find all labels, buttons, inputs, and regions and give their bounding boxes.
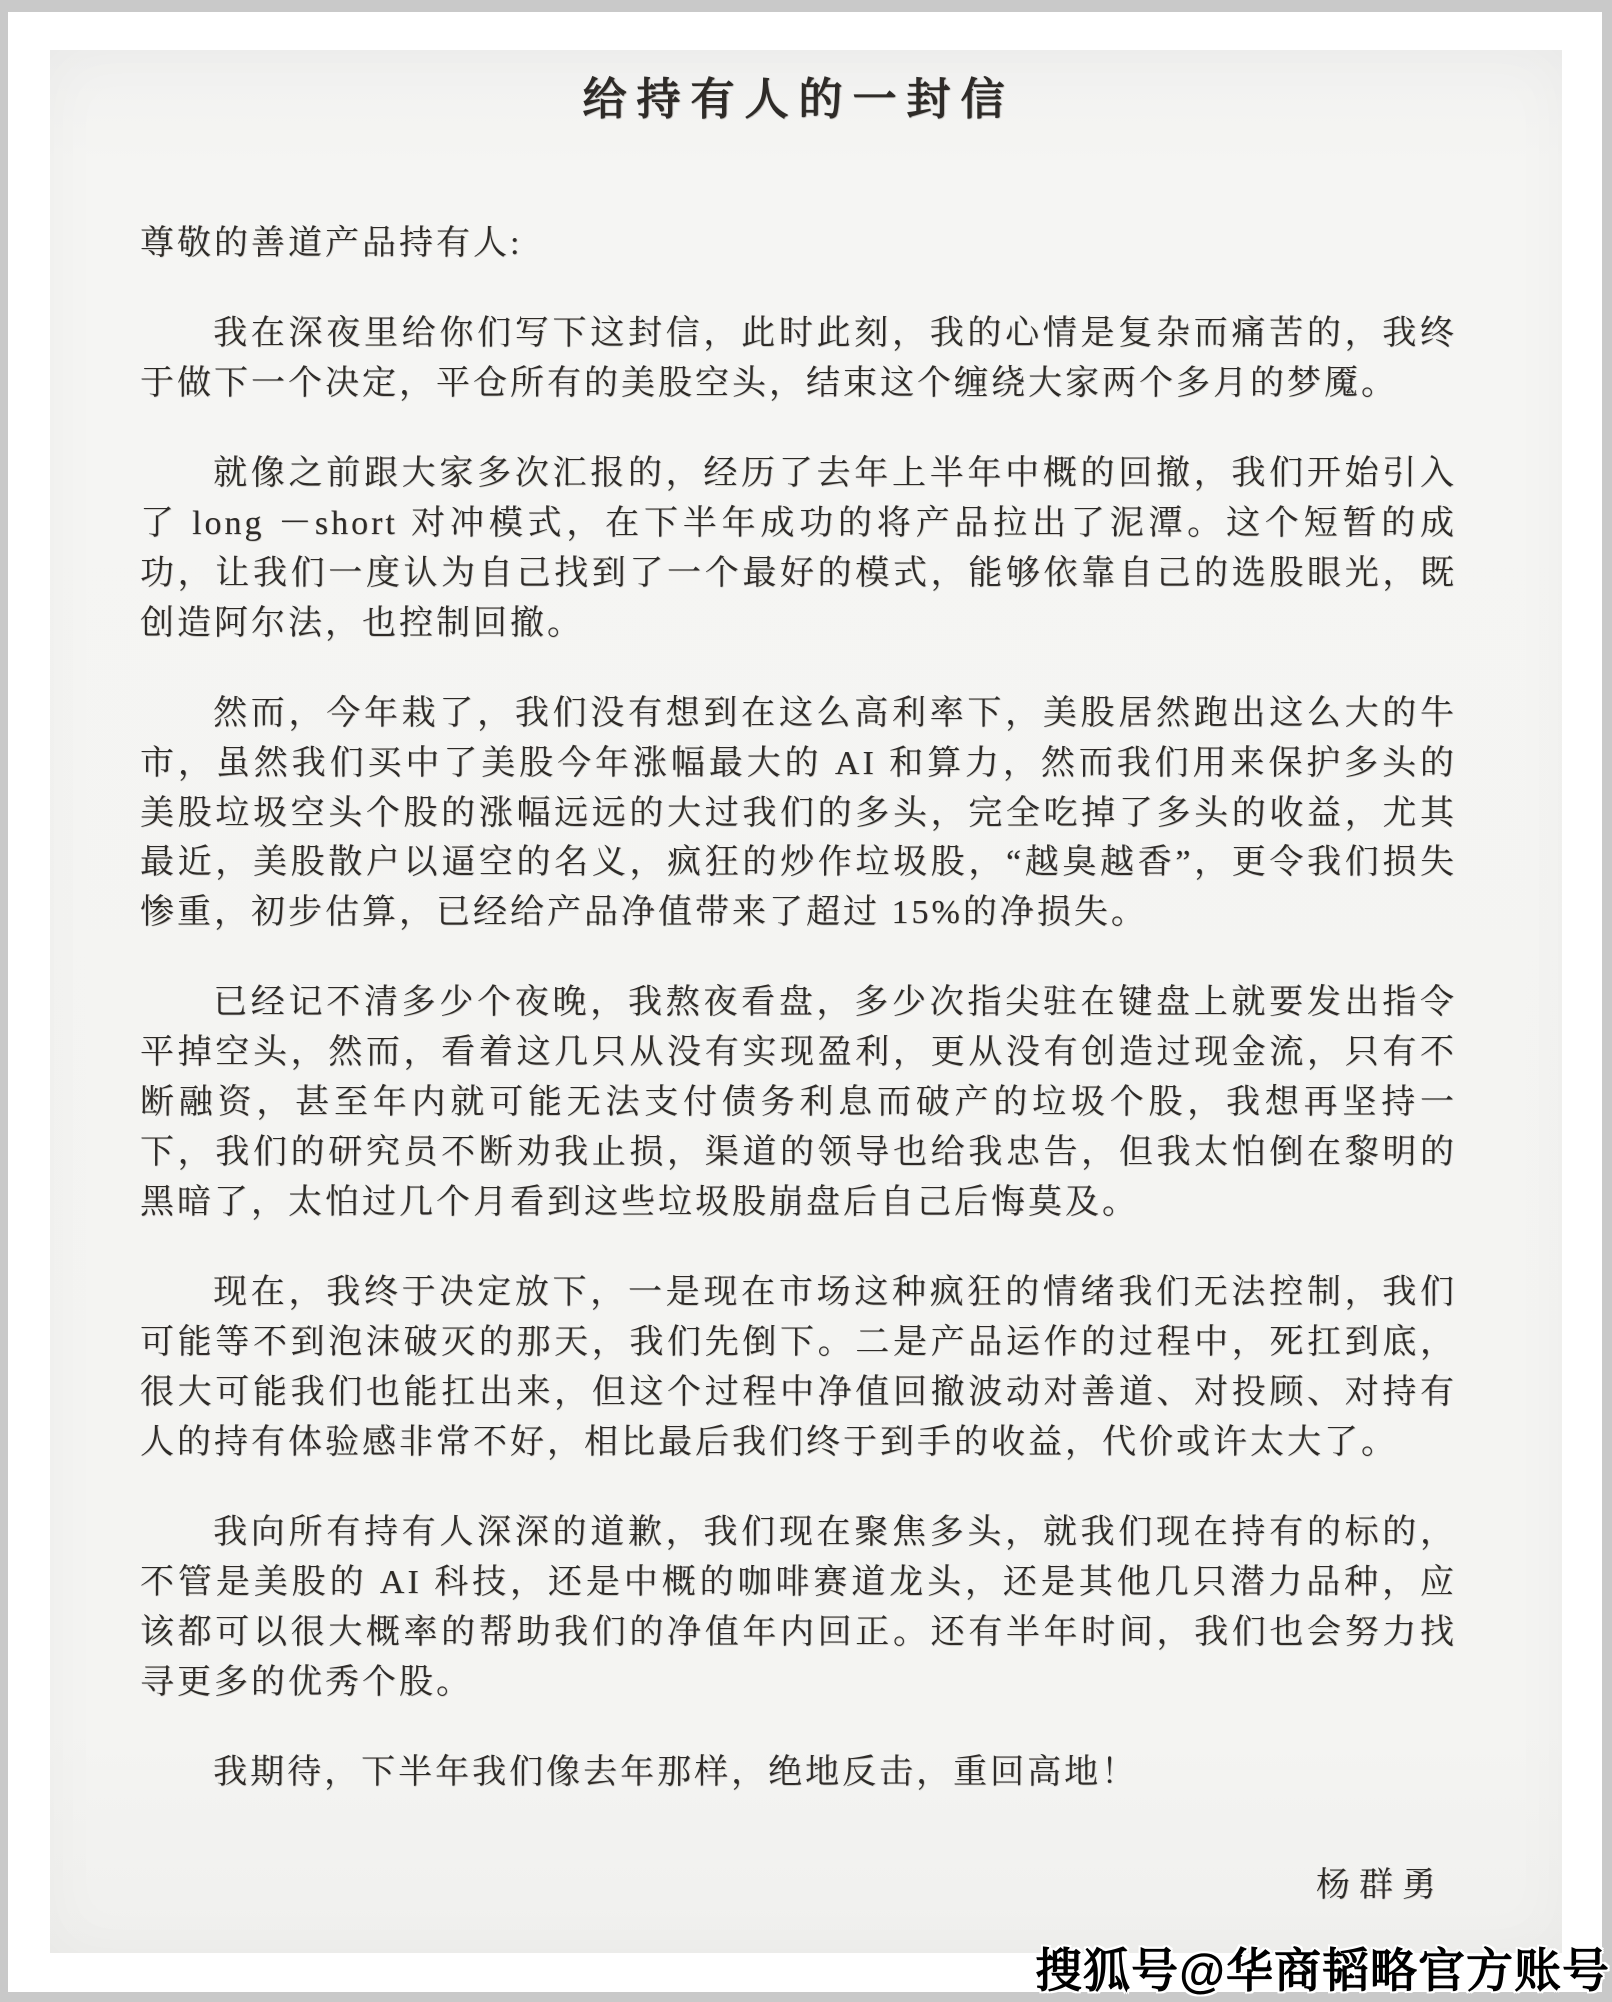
letter-salutation: 尊敬的善道产品持有人: bbox=[140, 219, 1457, 269]
letter-paragraph-5: 现在，我终于决定放下，一是现在市场这种疯狂的情绪我们无法控制，我们可能等不到泡沫… bbox=[140, 1268, 1457, 1468]
letter-title: 给持有人的一封信 bbox=[140, 74, 1457, 127]
letter-paragraph-3: 然而，今年栽了，我们没有想到在这么高利率下，美股居然跑出这么大的牛市，虽然我们买… bbox=[140, 689, 1457, 939]
letter-paragraph-7: 我期待，下半年我们像去年那样，绝地反击，重回高地！ bbox=[140, 1748, 1457, 1798]
screenshot-canvas: 给持有人的一封信 尊敬的善道产品持有人: 我在深夜里给你们写下这封信，此时此刻，… bbox=[0, 0, 1612, 2002]
page-margin: 给持有人的一封信 尊敬的善道产品持有人: 我在深夜里给你们写下这封信，此时此刻，… bbox=[8, 12, 1602, 1992]
letter-paragraph-6: 我向所有持有人深深的道歉，我们现在聚焦多头，就我们现在持有的标的，不管是美股的 … bbox=[140, 1508, 1457, 1708]
letter-paragraph-4: 已经记不清多少个夜晚，我熬夜看盘，多少次指尖驻在键盘上就要发出指令平掉空头，然而… bbox=[140, 978, 1457, 1228]
letter-photo: 给持有人的一封信 尊敬的善道产品持有人: 我在深夜里给你们写下这封信，此时此刻，… bbox=[50, 50, 1562, 1953]
letter-paragraph-1: 我在深夜里给你们写下这封信，此时此刻，我的心情是复杂而痛苦的，我终于做下一个决定… bbox=[140, 309, 1457, 409]
watermark-sohu-account: 搜狐号@华商韬略官方账号 bbox=[1035, 1934, 1610, 2001]
letter-paragraph-2: 就像之前跟大家多次汇报的，经历了去年上半年中概的回撤，我们开始引入了 long … bbox=[140, 449, 1457, 649]
letter-signature: 杨群勇 bbox=[140, 1862, 1445, 1910]
